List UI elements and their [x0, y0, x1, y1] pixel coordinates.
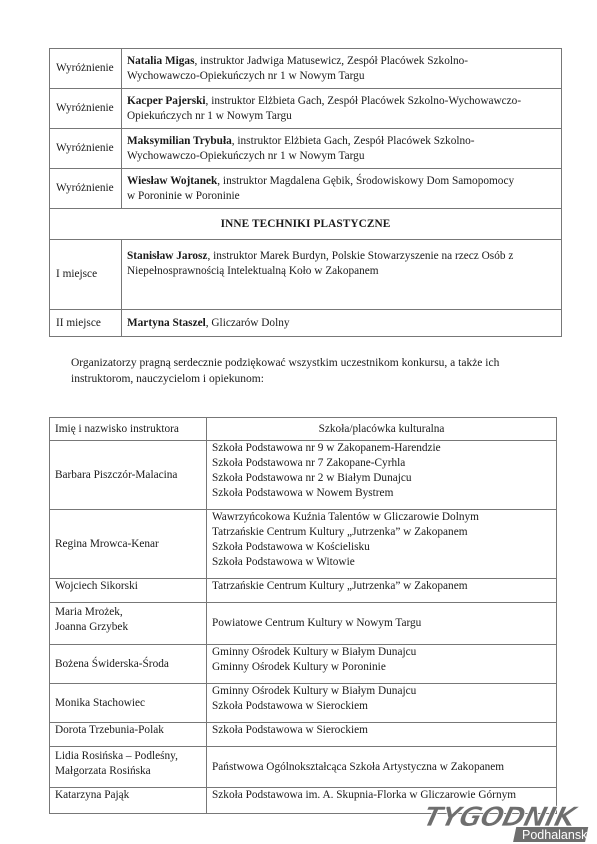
instructor-name-line: Dorota Trzebunia-Polak	[55, 723, 201, 738]
school-list: Gminny Ośrodek Kultury w Białym DunajcuG…	[207, 645, 557, 684]
winner-name: Martyna Staszel	[127, 317, 206, 329]
awards-table: WyróżnienieNatalia Migas, instruktor Jad…	[49, 48, 562, 337]
school-name: Gminny Ośrodek Kultury w Poroninie	[212, 660, 551, 675]
award-row: II miejsceMartyna Staszel, Gliczarów Dol…	[50, 310, 562, 337]
instructors-table: Imię i nazwisko instruktora Szkoła/placó…	[49, 417, 557, 814]
award-details-line2: Opiekuńczych nr 1 w Nowym Targu	[127, 110, 292, 122]
school-list: Szkoła Podstawowa nr 9 w Zakopanem-Haren…	[207, 441, 557, 510]
instructor-name-line: Joanna Grzybek	[55, 620, 201, 635]
tygodnik-podhalanski-logo: TYGODNIK Podhalanski	[418, 800, 594, 842]
instructor-name: Wojciech Sikorski	[50, 579, 207, 603]
school-name: Szkoła Podstawowa w Witowie	[212, 555, 551, 570]
winner-name: Natalia Migas	[127, 55, 194, 67]
instructor-name: Barbara Piszczór-Malacina	[50, 441, 207, 510]
school-list: Gminny Ośrodek Kultury w Białym DunajcuS…	[207, 684, 557, 723]
award-description: Kacper Pajerski, instruktor Elżbieta Gac…	[122, 89, 562, 129]
school-name: Szkoła Podstawowa nr 9 w Zakopanem-Haren…	[212, 441, 551, 456]
award-label: Wyróżnienie	[50, 129, 122, 169]
school-name: Państwowa Ogólnokształcąca Szkoła Artyst…	[212, 760, 551, 775]
instructor-row: Barbara Piszczór-MalacinaSzkoła Podstawo…	[50, 441, 557, 510]
instructor-name-line: Barbara Piszczór-Malacina	[55, 468, 201, 483]
logo-subtitle: Podhalanski	[522, 828, 590, 842]
award-row: I miejsceStanisław Jarosz, instruktor Ma…	[50, 240, 562, 310]
award-details-line1: , instruktor Jadwiga Matusewicz, Zespół …	[194, 55, 468, 67]
award-row: WyróżnienieKacper Pajerski, instruktor E…	[50, 89, 562, 129]
instructor-name: Lidia Rosińska – Podleśny,Małgorzata Ros…	[50, 747, 207, 788]
award-details-line1: , instruktor Elżbieta Gach, Zespół Placó…	[232, 135, 475, 147]
award-description: Martyna Staszel, Gliczarów Dolny	[122, 310, 562, 337]
award-label: I miejsce	[50, 240, 122, 310]
instructor-name: Regina Mrowca-Kenar	[50, 510, 207, 579]
header-school: Szkoła/placówka kulturalna	[207, 418, 557, 441]
school-list: Powiatowe Centrum Kultury w Nowym Targu	[207, 603, 557, 645]
instructor-name-line: Małgorzata Rosińska	[55, 764, 201, 779]
winner-name: Maksymilian Trybuła	[127, 135, 232, 147]
school-name: Szkoła Podstawowa w Kościelisku	[212, 540, 551, 555]
instructors-table-header: Imię i nazwisko instruktora Szkoła/placó…	[50, 418, 557, 441]
thanks-paragraph: Organizatorzy pragną serdecznie podzięko…	[71, 355, 551, 387]
award-details-line2: w Poroninie w Poroninie	[127, 190, 240, 202]
school-name: Szkoła Podstawowa nr 2 w Białym Dunajcu	[212, 471, 551, 486]
winner-name: Kacper Pajerski	[127, 95, 206, 107]
award-details-line1: , Gliczarów Dolny	[206, 317, 290, 329]
school-name: Szkoła Podstawowa w Sierockiem	[212, 723, 551, 738]
award-details-line2: Niepełnosprawnością Intelektualną Koło w…	[127, 265, 379, 277]
section-title: INNE TECHNIKI PLASTYCZNE	[50, 209, 562, 240]
instructor-row: Monika StachowiecGminny Ośrodek Kultury …	[50, 684, 557, 723]
award-label: Wyróżnienie	[50, 169, 122, 209]
award-details-line1: , instruktor Magdalena Gębik, Środowisko…	[217, 175, 514, 187]
school-name: Szkoła Podstawowa w Nowem Bystrem	[212, 486, 551, 501]
instructor-name-line: Katarzyna Pająk	[55, 788, 201, 803]
instructor-name: Monika Stachowiec	[50, 684, 207, 723]
award-details-line2: Wychowawczo-Opiekuńczych nr 1 w Nowym Ta…	[127, 150, 364, 162]
award-description: Maksymilian Trybuła, instruktor Elżbieta…	[122, 129, 562, 169]
award-label: Wyróżnienie	[50, 89, 122, 129]
school-name: Szkoła Podstawowa nr 7 Zakopane-Cyrhla	[212, 456, 551, 471]
award-description: Wiesław Wojtanek, instruktor Magdalena G…	[122, 169, 562, 209]
instructor-name: Bożena Świderska-Środa	[50, 645, 207, 684]
award-label: Wyróżnienie	[50, 49, 122, 89]
instructor-name: Maria Mrożek,Joanna Grzybek	[50, 603, 207, 645]
instructor-row: Regina Mrowca-KenarWawrzyńcokowa Kuźnia …	[50, 510, 557, 579]
instructor-name: Katarzyna Pająk	[50, 788, 207, 814]
section-header-row: INNE TECHNIKI PLASTYCZNE	[50, 209, 562, 240]
school-name: Wawrzyńcokowa Kuźnia Talentów w Gliczaro…	[212, 510, 551, 525]
winner-name: Wiesław Wojtanek	[127, 175, 217, 187]
award-details-line1: , instruktor Elżbieta Gach, Zespół Placó…	[206, 95, 522, 107]
school-list: Państwowa Ogólnokształcąca Szkoła Artyst…	[207, 747, 557, 788]
instructor-row: Wojciech SikorskiTatrzańskie Centrum Kul…	[50, 579, 557, 603]
school-name: Powiatowe Centrum Kultury w Nowym Targu	[212, 616, 551, 631]
school-name: Szkoła Podstawowa w Sierockiem	[212, 699, 551, 714]
instructor-name-line: Wojciech Sikorski	[55, 579, 201, 594]
instructor-row: Bożena Świderska-ŚrodaGminny Ośrodek Kul…	[50, 645, 557, 684]
instructor-name-line: Regina Mrowca-Kenar	[55, 537, 201, 552]
award-description: Stanisław Jarosz, instruktor Marek Burdy…	[122, 240, 562, 310]
school-name: Gminny Ośrodek Kultury w Białym Dunajcu	[212, 645, 551, 660]
instructor-name: Dorota Trzebunia-Polak	[50, 723, 207, 747]
school-list: Szkoła Podstawowa w Sierockiem	[207, 723, 557, 747]
award-details-line1: , instruktor Marek Burdyn, Polskie Stowa…	[207, 250, 513, 262]
school-name: Tatrzańskie Centrum Kultury „Jutrzenka” …	[212, 525, 551, 540]
instructor-name-line: Lidia Rosińska – Podleśny,	[55, 749, 201, 764]
award-row: WyróżnienieMaksymilian Trybuła, instrukt…	[50, 129, 562, 169]
award-label: II miejsce	[50, 310, 122, 337]
award-details-line2: Wychowawczo-Opiekuńczych nr 1 w Nowym Ta…	[127, 70, 364, 82]
school-name: Gminny Ośrodek Kultury w Białym Dunajcu	[212, 684, 551, 699]
award-row: WyróżnienieNatalia Migas, instruktor Jad…	[50, 49, 562, 89]
instructor-name-line: Bożena Świderska-Środa	[55, 657, 201, 672]
school-list: Wawrzyńcokowa Kuźnia Talentów w Gliczaro…	[207, 510, 557, 579]
instructor-name-line: Maria Mrożek,	[55, 605, 201, 620]
instructor-row: Maria Mrożek,Joanna GrzybekPowiatowe Cen…	[50, 603, 557, 645]
school-name: Tatrzańskie Centrum Kultury „Jutrzenka” …	[212, 579, 551, 594]
award-description: Natalia Migas, instruktor Jadwiga Matuse…	[122, 49, 562, 89]
winner-name: Stanisław Jarosz	[127, 250, 207, 262]
school-list: Tatrzańskie Centrum Kultury „Jutrzenka” …	[207, 579, 557, 603]
instructor-name-line: Monika Stachowiec	[55, 696, 201, 711]
award-row: WyróżnienieWiesław Wojtanek, instruktor …	[50, 169, 562, 209]
instructor-row: Dorota Trzebunia-PolakSzkoła Podstawowa …	[50, 723, 557, 747]
header-instructor: Imię i nazwisko instruktora	[50, 418, 207, 441]
instructor-row: Lidia Rosińska – Podleśny,Małgorzata Ros…	[50, 747, 557, 788]
